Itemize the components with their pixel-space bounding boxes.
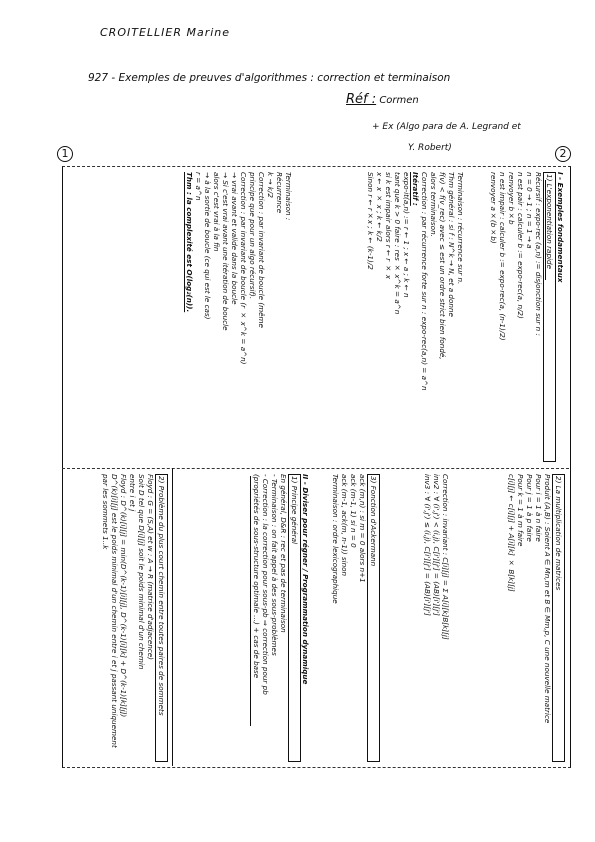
text-line: inv2 : ∀ (i',j') < (i,j), C[i'][j'] = (A… xyxy=(432,474,441,762)
text-line: x ← x × x ; k ← k/2 xyxy=(375,172,384,462)
text-line: tant que k > 0 faire : res × x^k = a^n xyxy=(393,172,402,462)
bottom-column-divider xyxy=(172,468,173,766)
text-line: si k est impair alors r ← r × x xyxy=(384,172,393,462)
reference-label: Réf : xyxy=(346,92,376,107)
margin-bar xyxy=(250,476,251,726)
bottom-col-5: 2) Problème du plus court chemin entre t… xyxy=(68,474,168,762)
bottom-col-1: 2) La multiplication de matrices Produit… xyxy=(455,474,565,762)
text-line: Correction : par invariant de boucle (mê… xyxy=(257,172,266,462)
section-heading: I - Exemples fondamentaux xyxy=(556,172,565,462)
text-line: c[i][j] ← c[i][j] + A[i][k] × B[k][j] xyxy=(507,474,516,762)
reference-main: Cormen xyxy=(379,95,418,106)
text-line: Terminaison : xyxy=(284,172,293,462)
text-line: k → k/2 xyxy=(266,172,275,462)
text-line: ack (m-1, 1) si n = 0 xyxy=(349,474,358,762)
text-line: inv3 : ∀ (i',j') ≤ (i,j), C[i'][j'] = (A… xyxy=(423,474,432,762)
text-line: Terminaison : ordre lexicographique xyxy=(331,474,340,762)
text-line: Itératif : xyxy=(411,172,420,462)
text-line: Récursif : expo-rec (a,n) := disjonction… xyxy=(534,172,543,462)
reference: Réf : Cormen xyxy=(346,92,419,107)
document-title: 927 - Exemples de preuves d'algorithmes … xyxy=(88,72,450,84)
text-line: Sinon r ← r×x ; k ← (k-1)/2 xyxy=(366,172,375,462)
top-col-2: Terminaison : récurrence sur n. Thm géné… xyxy=(300,172,465,462)
bottom-col-3: 3) Fonction d'Ackermann ack (m,n) : si m… xyxy=(315,474,380,762)
text-line: par les sommets 1..k xyxy=(101,474,110,762)
text-line: n est impair : calculer b := expo-rec(a,… xyxy=(498,172,507,462)
text-line: → à la sortie de boucle (ce qui est le c… xyxy=(203,172,212,462)
text-line: principe que pour un algo récursif). xyxy=(248,172,257,462)
text-line: r = a^n xyxy=(194,172,203,462)
text-line: alors terminaison. xyxy=(429,172,438,462)
text-line: Pour k = 1 à m faire xyxy=(516,474,525,762)
text-line: Correction : par invariant de boucle (r … xyxy=(239,172,248,462)
subsection-heading: 2) Problème du plus court chemin entre t… xyxy=(155,474,168,762)
reference-secondary-2: Y. Robert) xyxy=(408,143,452,153)
text-line: Floyd : G = (S,A) et w : A → R (matrice … xyxy=(146,474,155,762)
subsection-heading: 3) Fonction d'Ackermann xyxy=(367,474,380,762)
page-number-left: 1 xyxy=(57,146,73,162)
author-name: CROITELLIER Marine xyxy=(100,26,230,39)
text-line: Floyd : D^(k)[i][j] = min(D^(k-1)[i][j],… xyxy=(119,474,128,762)
bottom-col-2: Correction : invariant : C[i][j] = Σ A[i… xyxy=(385,474,450,762)
text-line: - Correction : la correction pour sous-p… xyxy=(261,474,270,762)
half-divider xyxy=(62,468,569,469)
text-line: Correction : invariant : C[i][j] = Σ A[i… xyxy=(441,474,450,762)
top-col-1: I - Exemples fondamentaux 1) L'exponenti… xyxy=(470,172,565,462)
text-line: Soit D tel que D[i][j] soit le poids min… xyxy=(137,474,146,762)
reference-secondary: + Ex (Algo para de A. Legrand et xyxy=(372,122,521,132)
text-line: renvoyer a×(b×b) xyxy=(489,172,498,462)
subsection-heading: 2) La multiplication de matrices xyxy=(552,474,565,762)
text-line: → vrai avant et valide dans la boucle xyxy=(230,172,239,462)
text-line: D^(k)[i][j] est le poids minimal d'un ch… xyxy=(110,474,119,762)
text-line: ack (m-1, ack(m, n-1)) sinon xyxy=(340,474,349,762)
text-line: (propriétés de sous-structure optimale .… xyxy=(252,474,261,762)
text-line: entre i et j xyxy=(128,474,137,762)
text-line: → Si c'est vrai avant une itération de b… xyxy=(221,172,230,462)
text-line: ack (m,n) : si m = 0 alors n+1 xyxy=(358,474,367,762)
page-number-right: 2 xyxy=(555,146,571,162)
bottom-col-4: II - Diviser pour régner / Programmation… xyxy=(178,474,310,762)
text-line: Récurrence xyxy=(275,172,284,462)
text-line: - Terminaison : on fait appel à des sous… xyxy=(270,474,279,762)
text-line: renvoyer b×b xyxy=(507,172,516,462)
top-col-3: Terminaison : Récurrence k → k/2 Correct… xyxy=(68,172,293,462)
margin-bar xyxy=(545,180,546,280)
text-line: Correction : par récurrence forte sur n … xyxy=(420,172,429,462)
text-line: Produit (A,B) : Soient A ∈ Mn,m et B ∈ M… xyxy=(543,474,552,762)
text-line: n = 0 → 1 ; n = 1 → a xyxy=(525,172,534,462)
text-line: Thm : la complexité est O(log₂(n)). xyxy=(185,172,194,462)
subsection-heading: 1) Principe général xyxy=(288,474,301,762)
text-line: Terminaison : récurrence sur n. xyxy=(456,172,465,462)
section-heading: II - Diviser pour régner / Programmation… xyxy=(301,474,310,762)
text-line: Pour j = 1 à p faire xyxy=(525,474,534,762)
text-line: alors c'est vrai à la fin xyxy=(212,172,221,462)
text-line: f(v) < f(v_rec) avec ≤ est un ordre stri… xyxy=(438,172,447,462)
text-line: expo-it(a,n) := r ← 1 ; x ← a ; k ← n xyxy=(402,172,411,462)
text-line: Thm général : si f : N^k → N, et a donne xyxy=(447,172,456,462)
text-line: n est pair : calculer b := expo-rec(a, n… xyxy=(516,172,525,462)
text-line: Pour i = 1 à n faire xyxy=(534,474,543,762)
text-line: En général, D&R : rec et pas de terminai… xyxy=(279,474,288,762)
